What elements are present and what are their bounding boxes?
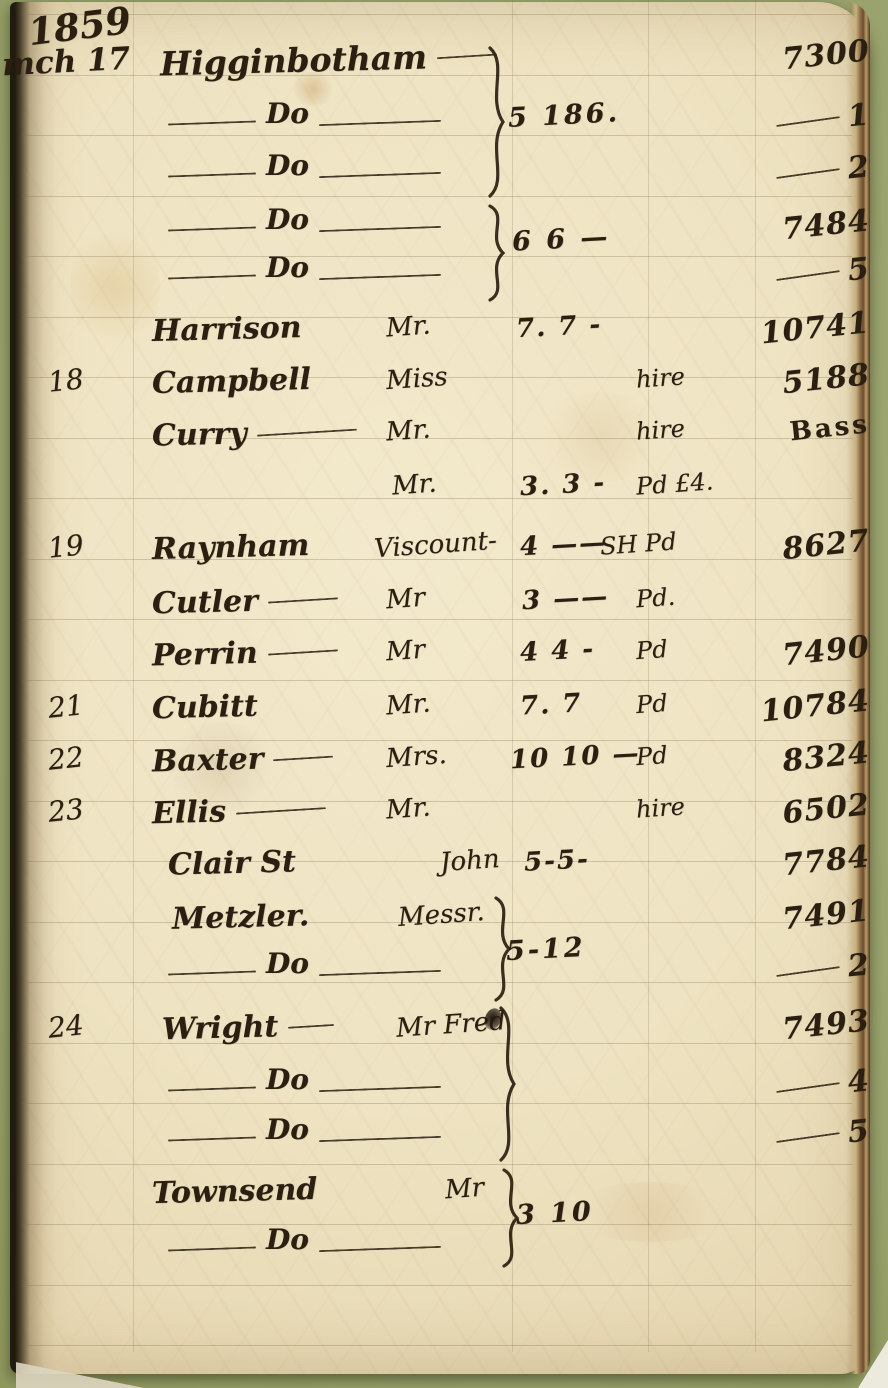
entry-name: Perrin [152,634,339,674]
ditto-mark: Do [168,210,441,230]
entry-amount: 3 —— [521,582,610,617]
entry-number: 10784 [737,683,872,732]
entry-honorific: Mr [385,635,426,668]
entry-honorific: Viscount- [373,526,498,565]
ledger-row: 24WrightMr Fred7493 [0,1010,888,1060]
ledger-scan: 1859 mch 17 Higginbotham7300Do1Do2Do7484… [0,0,888,1388]
entry-honorific: Messr. [397,897,485,933]
entry-status: Pd [635,635,668,665]
entry-number: 1 [737,97,872,146]
entry-number: 4 [737,1063,872,1112]
ditto-label: Do [266,210,309,230]
ledger-row: Higginbotham7300 [0,40,888,90]
ledger-row: TownsendMr [0,1174,888,1224]
entry-number: 8627 [737,523,872,572]
entry-amount: 10 10 — [509,739,641,776]
ditto-label: Do [266,156,309,176]
entry-status: Pd [635,689,668,719]
ditto-mark: Do [168,1120,441,1140]
entry-name: Wright [162,1008,335,1047]
ledger-row: Do1 [0,104,888,154]
entry-number-text: 7493 [781,1003,872,1047]
entry-name-text: Cubitt [152,689,259,727]
entry-number: 7300 [737,33,872,82]
entry-number-text: 5 [846,251,871,288]
ditto-label: Do [266,258,309,278]
ditto-dash-line [268,597,338,603]
entry-name: Ellis [152,792,327,832]
ditto-label: Do [266,954,309,974]
entry-date: 18 [46,362,85,399]
entry-name: Cutler [152,582,339,622]
entry-amount: 4 —— [519,528,608,563]
ditto-dash-line [776,1132,840,1143]
entry-number-text: 7491 [781,893,872,937]
grid-line-h [22,14,852,15]
ditto-label: Do [266,1070,309,1090]
ledger-row: Metzler.Messr.7491 [0,900,888,950]
entry-number: 7484 [737,203,872,252]
ledger-row: HarrisonMr.7. 7 -10741 [0,312,888,362]
entry-amount: 4 4 - [519,634,596,668]
ditto-dash-line [168,970,256,975]
entry-status: Pd £4. [635,467,714,500]
ditto-dash-line [319,172,441,178]
entry-number: 2 [737,149,872,198]
entry-honorific: Mrs. [385,740,448,774]
entry-name: Higginbotham [160,36,498,84]
ledger-row: Do5 [0,1120,888,1170]
ledger-row: Do2 [0,156,888,206]
entry-honorific: Mr [385,583,426,616]
ditto-dash-line [319,1136,441,1142]
ditto-dash-line [168,226,256,231]
ditto-dash-line [319,120,441,126]
ditto-dash-line [776,168,840,179]
ditto-dash-line [273,755,333,761]
ledger-row: Do4 [0,1070,888,1120]
ditto-dash-line [319,1086,441,1092]
ledger-row: CurryMr.hireBass [0,416,888,466]
entry-date: 21 [46,688,85,725]
entry-number: 5 [737,1113,872,1162]
ledger-row: CutlerMr3 ——Pd. [0,584,888,634]
entry-number: Bass [737,409,871,453]
entry-number: 7490 [737,629,872,678]
entry-honorific: Miss [385,362,449,396]
ditto-label: Do [266,104,309,124]
ditto-dash-line [268,649,338,655]
entry-date: 24 [46,1008,85,1045]
entry-status: hire [635,792,686,823]
entry-number-text: 8324 [781,735,872,779]
entry-number-text: 5 [846,1113,871,1150]
entry-name: Cubitt [152,689,259,727]
entry-name: Townsend [152,1172,318,1211]
ditto-dash-line [319,1246,441,1252]
ditto-mark: Do [168,156,441,176]
entry-name-text: Ellis [152,794,227,831]
ditto-mark: Do [168,258,441,278]
entry-honorific: Mr. [391,468,437,501]
entry-name: Campbell [152,362,312,401]
ledger-row: 18CampbellMisshire5188 [0,364,888,414]
entry-number-text: 10784 [759,683,871,729]
entry-name: Raynham [152,528,310,567]
brace-amount-label: 5-12 [505,932,586,967]
entry-number: 5188 [737,357,872,406]
entry-number-text: 6502 [781,787,872,831]
entry-name-text: Wright [162,1009,279,1047]
entry-number-text: 7784 [781,839,872,883]
entry-number-text: 4 [846,1063,871,1100]
ditto-dash-line [319,226,441,232]
entry-name-text: Perrin [152,636,259,674]
entry-number-text: 7300 [781,33,872,77]
entry-amount: 3. 3 - [519,468,607,502]
entry-date: 23 [46,792,85,829]
entry-name-text: Clair St [168,844,297,882]
entry-name-text: Townsend [152,1172,318,1211]
ditto-dash-line [168,1136,256,1141]
ledger-row: PerrinMr4 4 -Pd7490 [0,636,888,686]
ditto-mark: Do [168,104,441,124]
entry-name: Clair St [168,844,297,882]
entry-date: 22 [46,740,85,777]
entry-status: hire [635,414,686,445]
entry-name-text: Curry [152,416,248,453]
entry-number: 5 [737,251,872,300]
entry-name-text: Metzler. [172,898,310,937]
entry-number-text: 10741 [759,305,871,351]
ledger-row: Clair StJohn5-5-7784 [0,846,888,896]
entry-number: 7491 [737,893,872,942]
entry-number: 7493 [737,1003,872,1052]
ledger-row: 22BaxterMrs.10 10 —Pd8324 [0,742,888,792]
entry-number-text: 7484 [781,203,872,247]
ledger-row: Do2 [0,954,888,1004]
entry-number-text: 7490 [781,629,872,673]
entry-name-text: Harrison [152,310,302,349]
entry-name-text: Raynham [152,528,310,567]
entry-name: Metzler. [172,898,310,937]
entry-number-text: Bass [788,409,871,447]
brace-amount-label: 6 6 — [511,221,611,257]
entry-amount: 7. 7 [519,688,583,721]
ledger-content: 1859 mch 17 Higginbotham7300Do1Do2Do7484… [0,0,888,1388]
entry-status: Pd [635,741,668,771]
ditto-dash-line [437,53,497,59]
entry-name-text: Baxter [152,741,264,779]
entry-number-text: 2 [846,149,871,186]
ledger-row: Do5 [0,258,888,308]
ditto-dash-line [776,270,840,281]
entry-status: Pd. [635,583,676,614]
entry-number: 6502 [737,787,872,836]
ditto-dash-line [168,120,256,125]
entry-name: Baxter [152,740,334,780]
ditto-dash-line [776,966,840,977]
grid-line-h [22,1285,852,1286]
brace-amount-label: 3 10 [515,1196,594,1231]
entry-honorific: Mr. [385,792,431,825]
grid-line-h [22,1345,852,1346]
ledger-row: 19RaynhamViscount-4 ——SH Pd8627 [0,530,888,580]
ledger-row: Do7484 [0,210,888,260]
entry-number: 10741 [737,305,872,354]
entry-amount: 5-5- [523,844,590,877]
entry-status: SH Pd [599,527,677,560]
entry-name-text: Campbell [152,362,312,401]
entry-number: 8324 [737,735,872,784]
entry-number-text: 1 [846,97,871,134]
ditto-dash-line [288,1023,334,1028]
ditto-label: Do [266,1120,309,1140]
ditto-dash-line [319,274,441,280]
entry-name: Curry [152,413,358,453]
entry-honorific: Mr. [385,310,431,343]
entry-honorific: John [439,844,501,878]
ditto-dash-line [236,807,326,814]
brace-amount-label: 5 186. [507,97,620,134]
entry-number: 2 [737,947,872,996]
ditto-label: Do [266,1230,309,1250]
grid-line-h [22,1224,852,1225]
ditto-dash-line [168,172,256,177]
entry-number: 7784 [737,839,872,888]
ditto-mark: Do [168,1070,441,1090]
ditto-dash-line [776,116,840,127]
ditto-dash-line [257,428,357,436]
ditto-dash-line [168,1246,256,1251]
ditto-dash-line [776,1082,840,1093]
ditto-dash-line [319,970,441,976]
entry-number-text: 5188 [781,357,872,401]
ditto-mark: Do [168,954,441,974]
ditto-dash-line [168,274,256,279]
entry-status: hire [635,362,686,393]
entry-name-text: Higginbotham [160,37,428,83]
entry-number-text: 8627 [781,523,872,567]
ledger-row: Mr.3. 3 -Pd £4. [0,470,888,520]
ledger-row: 23EllisMr.hire6502 [0,794,888,844]
ditto-mark: Do [168,1230,441,1250]
entry-amount: 7. 7 - [515,310,603,344]
entry-honorific: Mr. [385,414,431,447]
ditto-dash-line [168,1086,256,1091]
entry-number-text: 2 [846,947,871,984]
ledger-row: Do [0,1230,888,1280]
entry-date: 19 [46,528,85,565]
entry-name: Harrison [152,310,302,349]
entry-name-text: Cutler [152,584,259,622]
entry-honorific: Mr. [385,688,431,721]
entry-honorific: Mr [444,1173,485,1206]
ledger-row: 21CubittMr.7. 7Pd10784 [0,690,888,740]
